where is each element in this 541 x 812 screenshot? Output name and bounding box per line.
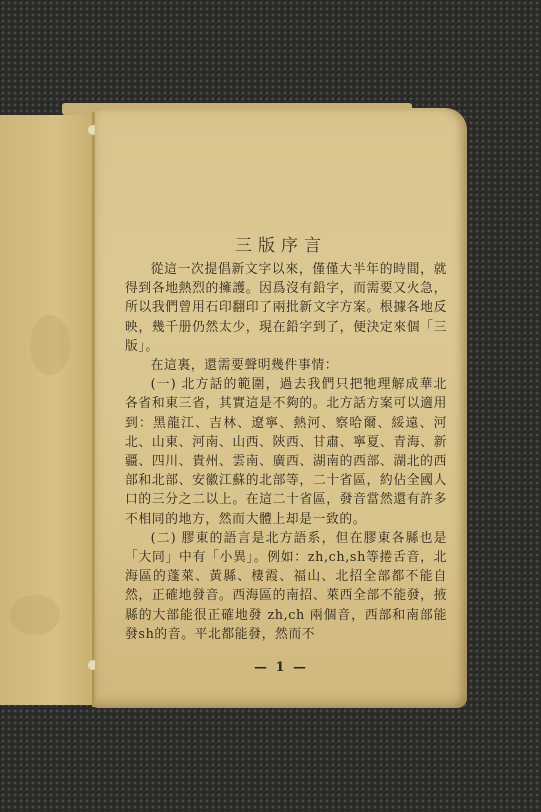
body-text: 從這一次提倡新文字以來，僅僅大半年的時間，就得到各地熱烈的擁護。因爲沒有鉛字，而… xyxy=(125,260,447,644)
page-title: 三版序言 xyxy=(95,231,467,256)
paper-stain xyxy=(30,315,70,375)
book-page: 三版序言 從這一次提倡新文字以來，僅僅大半年的時間，就得到各地熱烈的擁護。因爲沒… xyxy=(95,108,467,708)
paragraph: 在這裏，還需要聲明幾件事情： xyxy=(125,356,447,375)
page-number: — 1 — xyxy=(95,660,467,675)
left-page xyxy=(0,115,95,705)
paragraph: (一) 北方話的範圍，過去我們只把牠理解成華北各省和東三省，其實這是不夠的。北方… xyxy=(125,375,447,529)
paragraph: 從這一次提倡新文字以來，僅僅大半年的時間，就得到各地熱烈的擁護。因爲沒有鉛字，而… xyxy=(125,260,447,356)
paragraph: (二) 膠東的語言是北方語系，但在膠東各縣也是「大同」中有「小異」。例如：zh,… xyxy=(125,529,447,644)
paper-stain xyxy=(10,595,60,635)
